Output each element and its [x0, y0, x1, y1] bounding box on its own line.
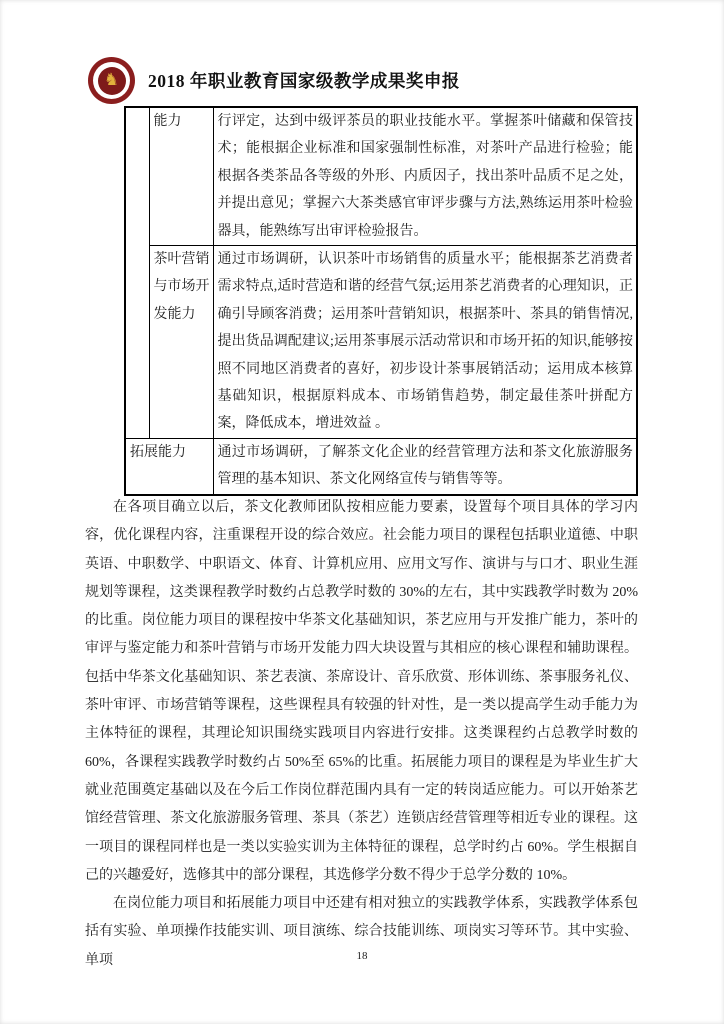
- ability-content-cell: 行评定，达到中级评茶员的职业技能水平。掌握茶叶储藏和保管技术；能根据企业标准和国…: [213, 107, 637, 246]
- ability-content-cell: 通过市场调研，认识茶叶市场销售的质量水平；能根据茶艺消费者需求特点,适时营造和谐…: [213, 246, 637, 439]
- horse-icon: ♞: [104, 71, 119, 88]
- table-empty-cell: [125, 107, 149, 438]
- paragraph-curriculum-design: 在各项目确立以后，茶文化教师团队按相应能力要素，设置每个项目具体的学习内容，优化…: [85, 494, 638, 890]
- ability-label-cell: 拓展能力: [125, 438, 213, 495]
- document-body: 在各项目确立以后，茶文化教师团队按相应能力要素，设置每个项目具体的学习内容，优化…: [85, 494, 638, 975]
- document-header: ♞ 2018 年职业教育国家级教学成果奖申报: [88, 57, 460, 104]
- seal-center: ♞: [98, 67, 126, 95]
- table-row-expansion-ability: 拓展能力 通过市场调研，了解茶文化企业的经营管理方法和茶文化旅游服务管理的基本知…: [125, 438, 637, 495]
- school-seal-logo: ♞: [88, 57, 135, 104]
- document-title: 2018 年职业教育国家级教学成果奖申报: [148, 68, 460, 93]
- ability-label-cell: 茶叶营销与市场开发能力: [149, 246, 213, 439]
- page-footer: 18: [0, 946, 724, 964]
- ability-content-cell: 通过市场调研，了解茶文化企业的经营管理方法和茶文化旅游服务管理的基本知识、茶文化…: [213, 438, 637, 495]
- ability-table: 能力 行评定，达到中级评茶员的职业技能水平。掌握茶叶储藏和保管技术；能根据企业标…: [124, 106, 638, 496]
- table-row-marketing-ability: 茶叶营销与市场开发能力 通过市场调研，认识茶叶市场销售的质量水平；能根据茶艺消费…: [125, 246, 637, 439]
- ability-label-cell: 能力: [149, 107, 213, 246]
- table-row-ability-continued: 能力 行评定，达到中级评茶员的职业技能水平。掌握茶叶储藏和保管技术；能根据企业标…: [125, 107, 637, 246]
- document-page: ♞ 2018 年职业教育国家级教学成果奖申报 能力 行评定，达到中级评茶员的职业…: [0, 0, 724, 1024]
- seal-white-ring: ♞: [93, 62, 130, 99]
- page-number: 18: [357, 950, 368, 962]
